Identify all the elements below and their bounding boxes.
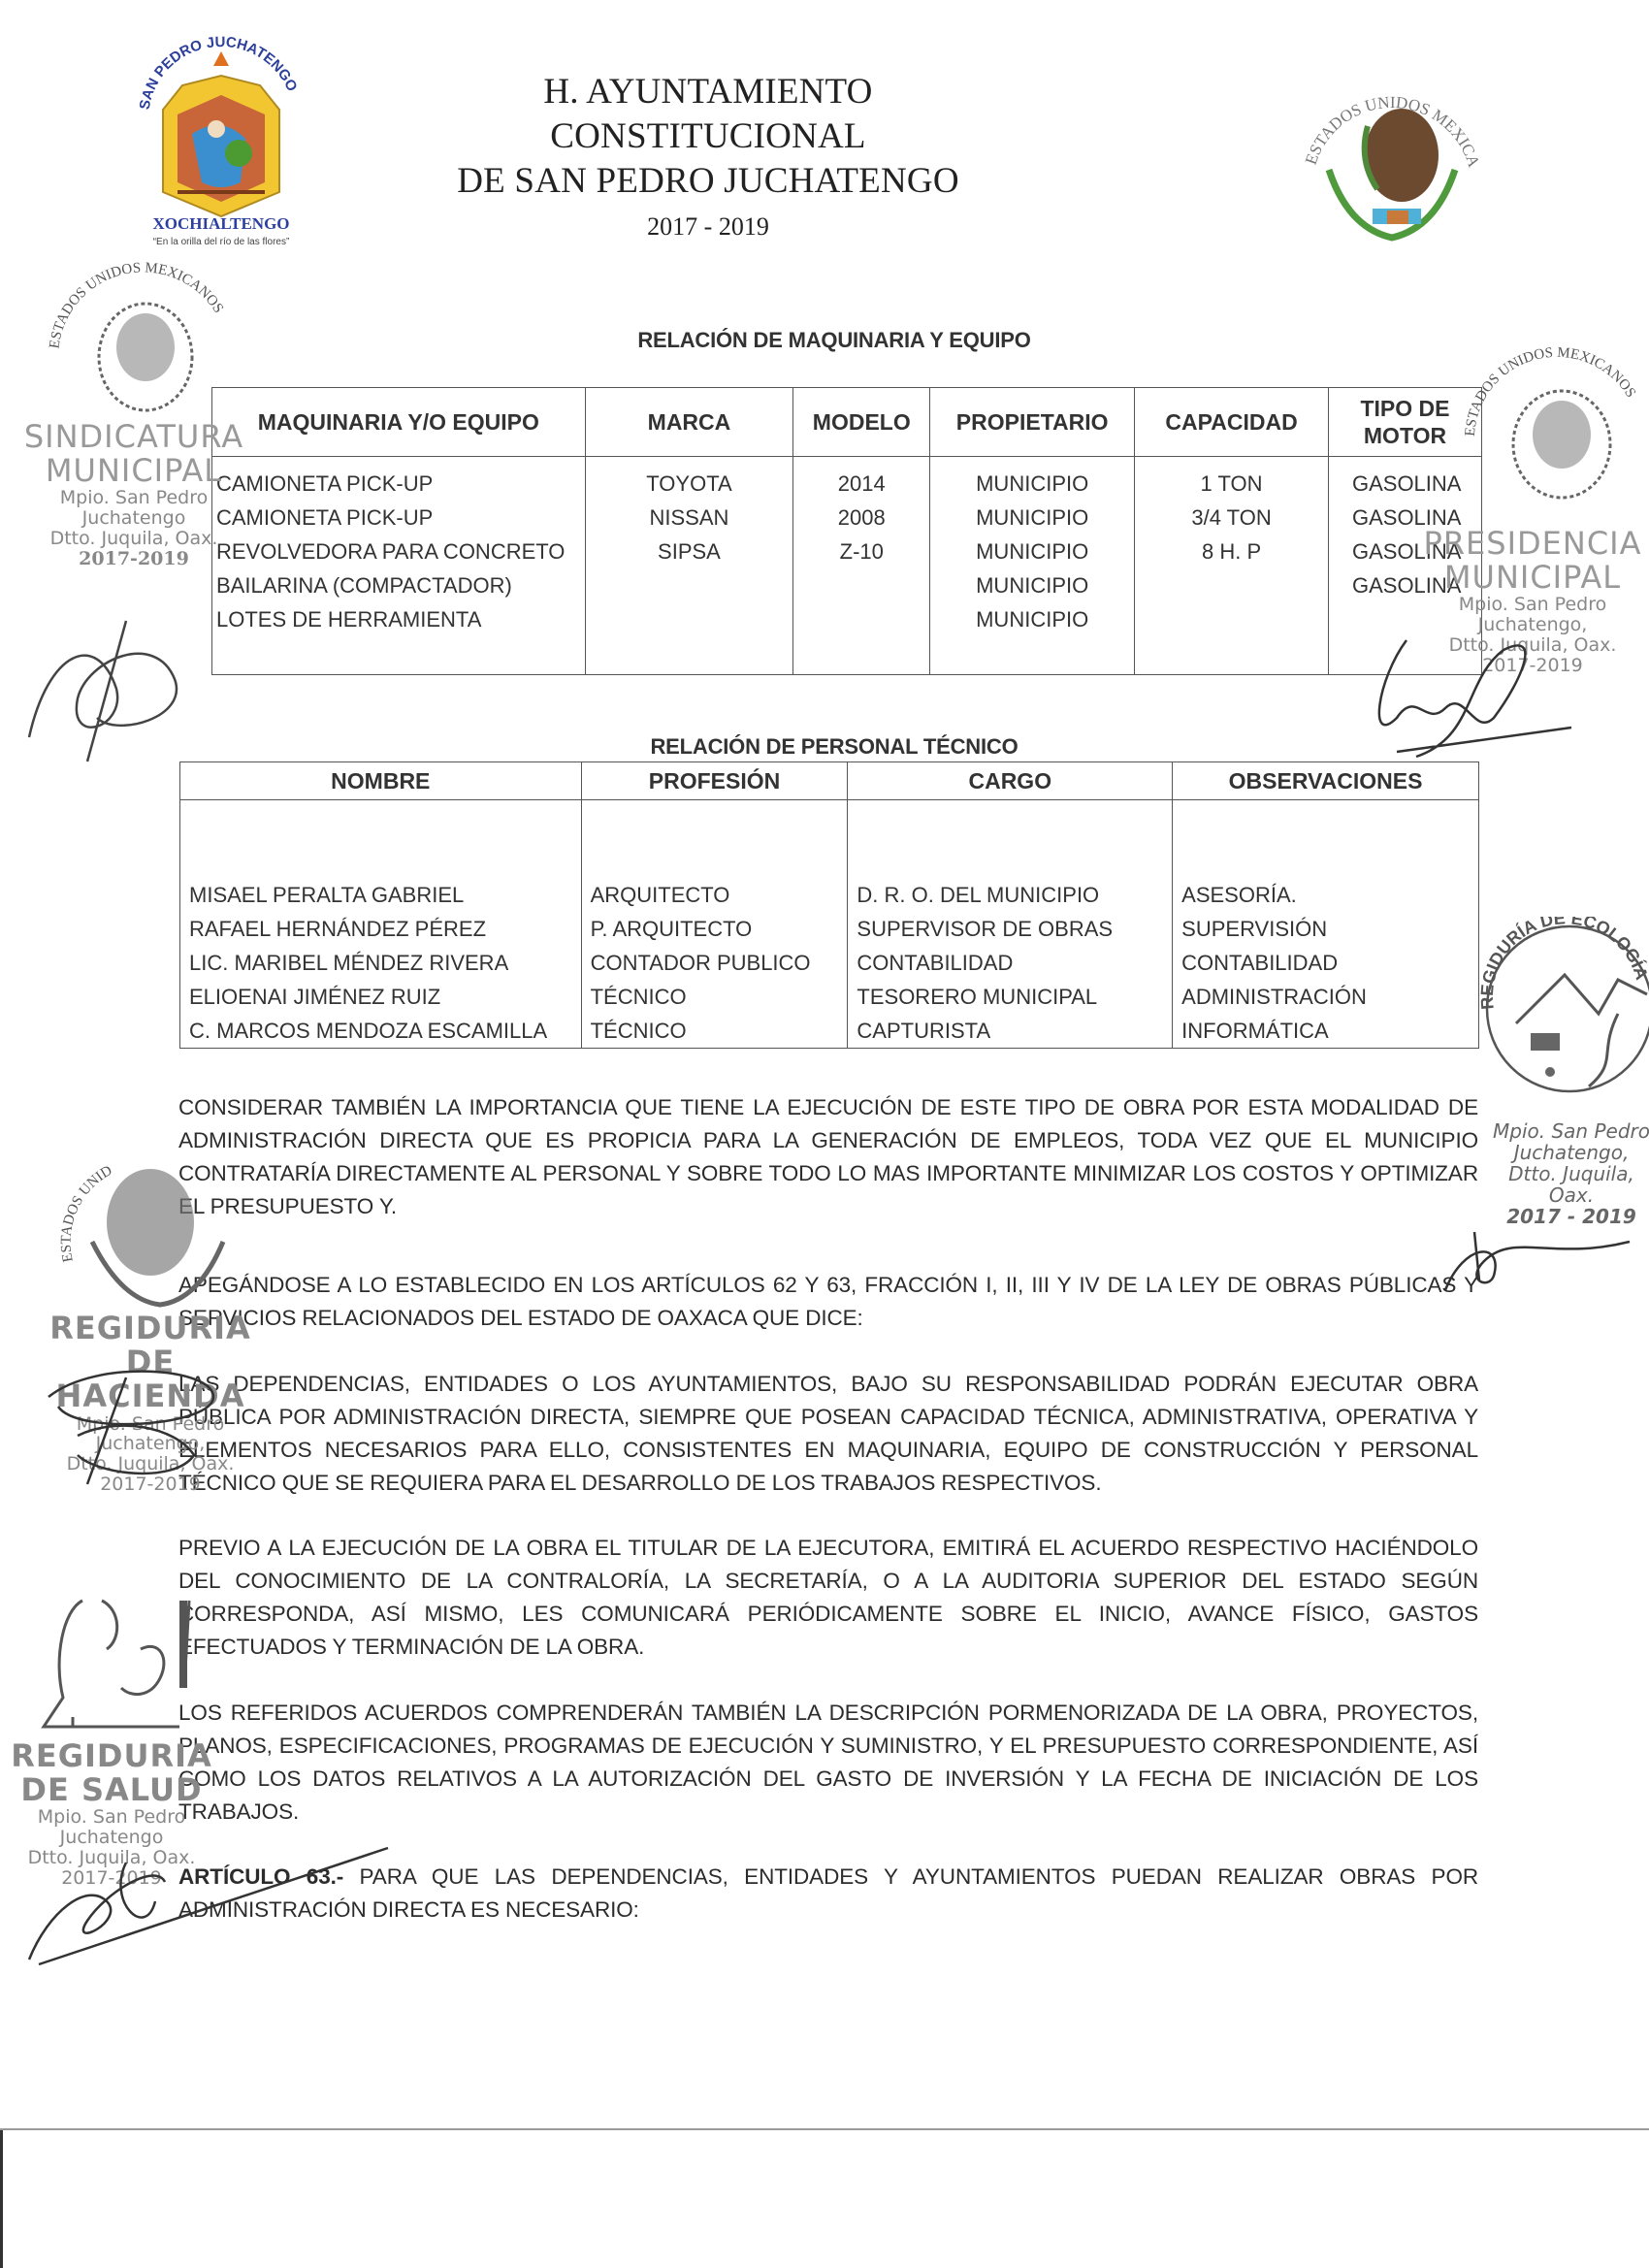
machinery-header-row: MAQUINARIA Y/O EQUIPO MARCA MODELO PROPI… <box>212 388 1482 457</box>
table-cell: 2008 <box>793 501 929 535</box>
scan-edge-left <box>0 2130 3 2268</box>
paragraph-legal-basis: APEGÁNDOSE A LO ESTABLECIDO EN LOS ARTÍC… <box>178 1269 1478 1335</box>
mexican-eagle-seal-icon: ESTADOS UNIDOS MEXICANOS <box>1290 53 1494 257</box>
table-cell <box>586 602 793 636</box>
table-cell: TÉCNICO <box>591 1014 848 1048</box>
table-cell: ARQUITECTO <box>591 878 848 912</box>
hacienda-seal-icon: ESTADOS UNIDOS MEXICANOS <box>53 1145 247 1310</box>
national-coat-of-arms: ESTADOS UNIDOS MEXICANOS <box>1290 53 1494 257</box>
ecologia-seal-icon: REGIDURÍA DE ECOLOGÍA <box>1472 917 1649 1101</box>
signature-sindico-icon <box>10 592 204 766</box>
table-cell: Z-10 <box>793 535 929 568</box>
table-cell: ASESORÍA. <box>1181 878 1478 912</box>
table-cell: LOTES DE HERRAMIENTA <box>216 602 585 636</box>
table-cell: CAMIONETA PICK-UP <box>216 467 585 501</box>
col-header: CARGO <box>848 762 1173 800</box>
table-cell: 1 TON <box>1135 467 1328 501</box>
table-cell: MUNICIPIO <box>930 568 1134 602</box>
table-cell: BAILARINA (COMPACTADOR) <box>216 568 585 602</box>
signature-salud-icon <box>10 1843 398 1969</box>
table-cell: CAMIONETA PICK-UP <box>216 501 585 535</box>
table-cell: CONTADOR PUBLICO <box>591 946 848 980</box>
table-cell: MUNICIPIO <box>930 467 1134 501</box>
signature-ecologia-icon <box>1436 1222 1649 1300</box>
table-cell: TESORERO MUNICIPAL <box>857 980 1172 1014</box>
document-header: SAN PEDRO JUCHATENGO XOCHIALTENGO “En la… <box>0 0 1649 252</box>
table-cell: P. ARQUITECTO <box>591 912 848 946</box>
table-cell: MUNICIPIO <box>930 602 1134 636</box>
table-cell: SUPERVISIÓN <box>1181 912 1478 946</box>
table-cell: SIPSA <box>586 535 793 568</box>
paragraph-prior-agreement: PREVIO A LA EJECUCIÓN DE LA OBRA EL TITU… <box>178 1532 1478 1664</box>
table-cell: 3/4 TON <box>1135 501 1328 535</box>
table-cell: INFORMÁTICA <box>1181 1014 1478 1048</box>
owner-list: MUNICIPIOMUNICIPIOMUNICIPIOMUNICIPIOMUNI… <box>930 457 1135 675</box>
municipal-logo: SAN PEDRO JUCHATENGO XOCHIALTENGO “En la… <box>124 27 318 250</box>
name-list: MISAEL PERALTA GABRIELRAFAEL HERNÁNDEZ P… <box>180 800 582 1049</box>
table-cell: TOYOTA <box>586 467 793 501</box>
title-line-1: H. AYUNTAMIENTO CONSTITUCIONAL <box>446 70 970 159</box>
signature-hacienda-icon <box>19 1339 252 1504</box>
ecologia-stamp: Mpio. San Pedro Juchatengo, Dtto. Juquil… <box>1484 1120 1649 1227</box>
col-header: MODELO <box>793 388 930 457</box>
table-cell: C. MARCOS MENDOZA ESCAMILLA <box>189 1014 581 1048</box>
col-header: NOMBRE <box>180 762 582 800</box>
svg-text:ESTADOS UNIDOS MEXICANOS: ESTADOS UNIDOS MEXICANOS <box>53 1145 115 1263</box>
table-cell: 2014 <box>793 467 929 501</box>
table-cell: CONTABILIDAD <box>1181 946 1478 980</box>
profession-list: ARQUITECTOP. ARQUITECTOCONTADOR PUBLICOT… <box>581 800 848 1049</box>
sindicatura-stamp: SINDICATURA MUNICIPAL Mpio. San Pedro Ju… <box>17 420 250 569</box>
table-cell: MISAEL PERALTA GABRIEL <box>189 878 581 912</box>
personnel-table: NOMBRE PROFESIÓN CARGO OBSERVACIONES MIS… <box>179 761 1479 1049</box>
col-header: PROPIETARIO <box>930 388 1135 457</box>
col-header: OBSERVACIONES <box>1173 762 1479 800</box>
equipment-list: CAMIONETA PICK-UPCAMIONETA PICK-UPREVOLV… <box>212 457 586 675</box>
table-cell: CAPTURISTA <box>857 1014 1172 1048</box>
table-cell: D. R. O. DEL MUNICIPIO <box>857 878 1172 912</box>
scan-edge-line <box>0 2128 1649 2130</box>
table-cell <box>1135 602 1328 636</box>
observations-list: ASESORÍA.SUPERVISIÓNCONTABILIDADADMINIST… <box>1173 800 1479 1049</box>
signature-presidente-icon <box>1358 621 1581 766</box>
table-cell <box>586 568 793 602</box>
table-cell: CONTABILIDAD <box>857 946 1172 980</box>
table-cell: TÉCNICO <box>591 980 848 1014</box>
col-header: CAPACIDAD <box>1135 388 1329 457</box>
personnel-section-title: RELACIÓN DE PERSONAL TÉCNICO <box>543 734 1125 760</box>
col-header: PROFESIÓN <box>581 762 848 800</box>
col-header: MAQUINARIA Y/O EQUIPO <box>212 388 586 457</box>
administration-period: 2017 - 2019 <box>446 208 970 246</box>
capacity-list: 1 TON3/4 TON8 H. P <box>1135 457 1329 675</box>
brand-list: TOYOTANISSANSIPSA <box>585 457 793 675</box>
machinery-section-title: RELACIÓN DE MAQUINARIA Y EQUIPO <box>543 328 1125 353</box>
paragraph-importance: CONSIDERAR TAMBIÉN LA IMPORTANCIA QUE TI… <box>178 1091 1478 1223</box>
table-cell <box>1135 568 1328 602</box>
table-cell: ELIOENAI JIMÉNEZ RUIZ <box>189 980 581 1014</box>
table-cell: SUPERVISOR DE OBRAS <box>857 912 1172 946</box>
table-cell: REVOLVEDORA PARA CONCRETO <box>216 535 585 568</box>
col-header: MARCA <box>585 388 793 457</box>
svg-text:REGIDURÍA DE ECOLOGÍA: REGIDURÍA DE ECOLOGÍA <box>1477 917 1649 1010</box>
title-line-2: DE SAN PEDRO JUCHATENGO <box>446 159 970 204</box>
document-title: H. AYUNTAMIENTO CONSTITUCIONAL DE SAN PE… <box>446 70 970 246</box>
table-cell: LIC. MARIBEL MÉNDEZ RIVERA <box>189 946 581 980</box>
table-cell: NISSAN <box>586 501 793 535</box>
table-cell: RAFAEL HERNÁNDEZ PÉREZ <box>189 912 581 946</box>
personnel-body-row: MISAEL PERALTA GABRIELRAFAEL HERNÁNDEZ P… <box>180 800 1479 1049</box>
sindicatura-seal-icon: ESTADOS UNIDOS MEXICANOS <box>39 250 242 435</box>
paragraph-agreements-content: LOS REFERIDOS ACUERDOS COMPRENDERÁN TAMB… <box>178 1697 1478 1829</box>
municipal-shield-icon: SAN PEDRO JUCHATENGO XOCHIALTENGO “En la… <box>124 27 318 250</box>
svg-text:“En la orilla del río de las f: “En la orilla del río de las flores” <box>153 237 290 247</box>
presidencia-seal-icon: ESTADOS UNIDOS MEXICANOS <box>1455 338 1649 532</box>
position-list: D. R. O. DEL MUNICIPIOSUPERVISOR DE OBRA… <box>848 800 1173 1049</box>
table-cell: ADMINISTRACIÓN <box>1181 980 1478 1014</box>
machinery-table: MAQUINARIA Y/O EQUIPO MARCA MODELO PROPI… <box>211 387 1482 675</box>
table-cell: 8 H. P <box>1135 535 1328 568</box>
model-list: 20142008Z-10 <box>793 457 930 675</box>
table-cell <box>793 568 929 602</box>
salud-doctor-patient-icon <box>15 1581 199 1746</box>
machinery-body-row: CAMIONETA PICK-UPCAMIONETA PICK-UPREVOLV… <box>212 457 1482 675</box>
svg-text:XOCHIALTENGO: XOCHIALTENGO <box>152 214 289 233</box>
table-cell <box>793 602 929 636</box>
table-cell: MUNICIPIO <box>930 501 1134 535</box>
paragraph-article-62: LAS DEPENDENCIAS, ENTIDADES O LOS AYUNTA… <box>178 1368 1478 1500</box>
table-cell: MUNICIPIO <box>930 535 1134 568</box>
personnel-header-row: NOMBRE PROFESIÓN CARGO OBSERVACIONES <box>180 762 1479 800</box>
